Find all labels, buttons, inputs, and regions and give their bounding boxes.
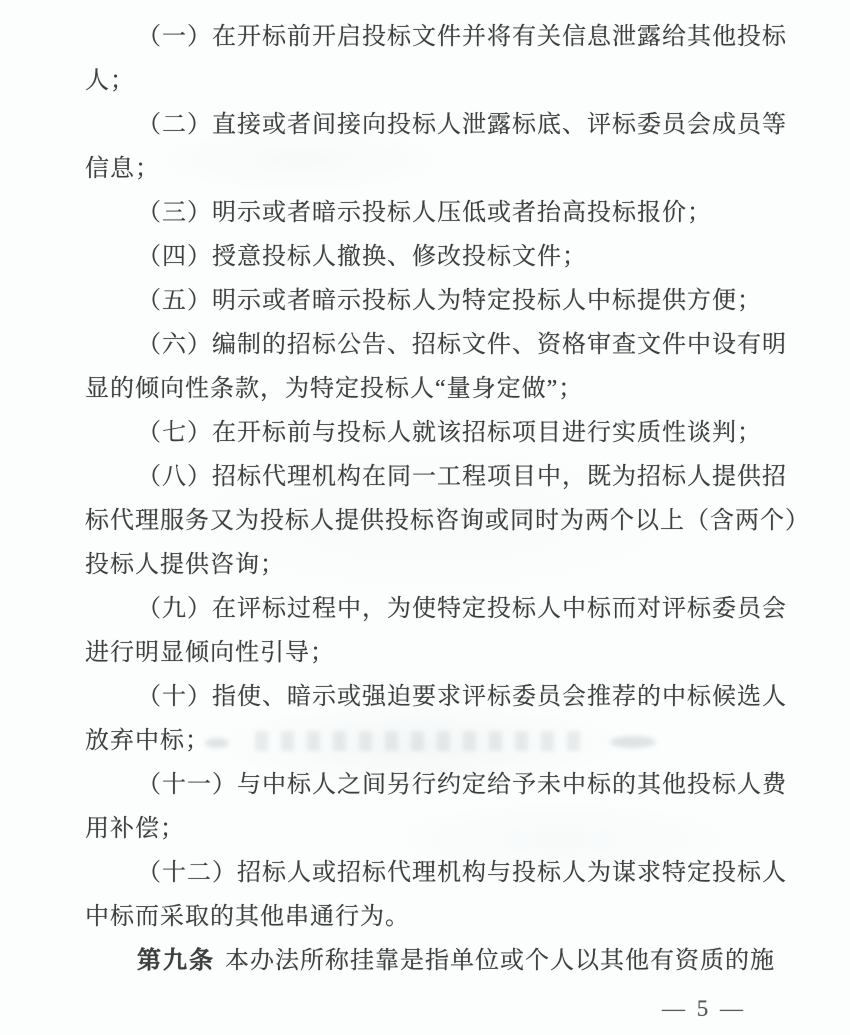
text-line: （九）在评标过程中，为使特定投标人中标而对评标委员会 <box>85 587 795 631</box>
text-line: （十二）招标人或招标代理机构与投标人为谋求特定投标人 <box>85 851 795 895</box>
text-line: 信息； <box>85 147 795 191</box>
text-line: 标代理服务又为投标人提供投标咨询或同时为两个以上（含两个） <box>85 499 795 543</box>
bleedthrough-artifact <box>255 731 585 751</box>
text-line: 用补偿； <box>85 807 795 851</box>
text-line: （五）明示或者暗示投标人为特定投标人中标提供方便； <box>85 279 795 323</box>
text-line: （二）直接或者间接向投标人泄露标底、评标委员会成员等 <box>85 103 795 147</box>
page-number: — 5 — <box>662 996 746 1022</box>
text-line: （十一）与中标人之间另行约定给予未中标的其他投标人费 <box>85 763 795 807</box>
text-line: 第九条本办法所称挂靠是指单位或个人以其他有资质的施 <box>85 939 795 983</box>
text-line: 进行明显倾向性引导； <box>85 631 795 675</box>
text-line: （四）授意投标人撤换、修改投标文件； <box>85 235 795 279</box>
text-line: （十）指使、暗示或强迫要求评标委员会推荐的中标候选人 <box>85 675 795 719</box>
scan-smudge <box>205 738 229 748</box>
text-line: （六）编制的招标公告、招标文件、资格审查文件中设有明 <box>85 323 795 367</box>
text-line: （一）在开标前开启投标文件并将有关信息泄露给其他投标 <box>85 15 795 59</box>
scanned-document-page: （一）在开标前开启投标文件并将有关信息泄露给其他投标人；（二）直接或者间接向投标… <box>0 0 850 1035</box>
document-lines: （一）在开标前开启投标文件并将有关信息泄露给其他投标人；（二）直接或者间接向投标… <box>85 15 795 983</box>
scan-smudge <box>610 736 656 748</box>
text-line: 中标而采取的其他串通行为。 <box>85 895 795 939</box>
text-line: 显的倾向性条款，为特定投标人“量身定做”； <box>85 367 795 411</box>
text-line: 人； <box>85 59 795 103</box>
article-number-bold: 第九条 <box>137 947 215 974</box>
text-line: （三）明示或者暗示投标人压低或者抬高投标报价； <box>85 191 795 235</box>
text-line: （七）在开标前与投标人就该招标项目进行实质性谈判； <box>85 411 795 455</box>
text-line: 投标人提供咨询； <box>85 543 795 587</box>
text-line: （八）招标代理机构在同一工程项目中，既为招标人提供招 <box>85 455 795 499</box>
